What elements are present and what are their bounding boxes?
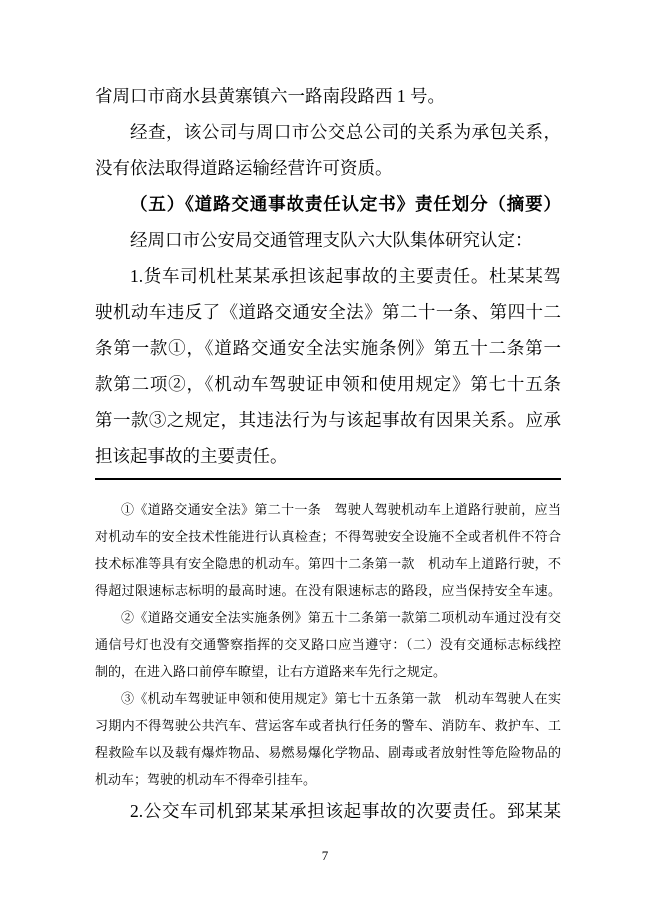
footnote-line: ②《道路交通安全法实施条例》第五十二条第一款第二项机动车通过没有交	[95, 604, 561, 631]
footnote-line: ①《道路交通安全法》第二十一条 驾驶人驾驶机动车上道路行驶前，应当	[95, 496, 561, 523]
footnote-line: 对机动车的安全技术性能进行认真检查；不得驾驶安全设施不全或者机件不符合	[95, 523, 561, 550]
text-line: 款第二项②，《机动车驾驶证申领和使用规定》第七十五条	[95, 366, 561, 402]
footnote-line: 习期内不得驾驶公共汽车、营运客车或者执行任务的警车、消防车、救护车、工	[95, 712, 561, 739]
footnote-line: 程救险车以及载有爆炸物品、易燃易爆化学物品、剧毒或者放射性等危险物品的	[95, 739, 561, 766]
text-line: 担该起事故的主要责任。	[95, 438, 561, 474]
text-line: 经周口市公安局交通管理支队六大队集体研究认定：	[95, 222, 561, 258]
text-line: 条第一款①，《道路交通安全法实施条例》第五十二条第一	[95, 330, 561, 366]
text-line: 没有依法取得道路运输经营许可资质。	[95, 150, 561, 186]
document-content: 省周口市商水县黄寨镇六一路南段路西 1 号。经查，该公司与周口市公交总公司的关系…	[95, 78, 561, 829]
text-line: 省周口市商水县黄寨镇六一路南段路西 1 号。	[95, 78, 561, 114]
document-page: 省周口市商水县黄寨镇六一路南段路西 1 号。经查，该公司与周口市公交总公司的关系…	[0, 0, 650, 919]
text-line: 1.货车司机杜某某承担该起事故的主要责任。杜某某驾	[95, 258, 561, 294]
footnote-separator	[95, 478, 561, 480]
footnote-line: ③《机动车驾驶证申领和使用规定》第七十五条第一款 机动车驾驶人在实	[95, 685, 561, 712]
text-line: 经查，该公司与周口市公交总公司的关系为承包关系，	[95, 114, 561, 150]
footnote-line: 机动车；驾驶的机动车不得牵引挂车。	[95, 766, 561, 793]
footnote-line: 技术标准等具有安全隐患的机动车。第四十二条第一款 机动车上道路行驶，不	[95, 550, 561, 577]
footnote-line: 制的，在进入路口前停车瞭望，让右方道路来车先行之规定。	[95, 658, 561, 685]
footnote-line: 通信号灯也没有交通警察指挥的交叉路口应当遵守：（二）没有交通标志标线控	[95, 631, 561, 658]
footnote-line: 得超过限速标志标明的最高时速。在没有限速标志的路段，应当保持安全车速。	[95, 577, 561, 604]
text-line: 驶机动车违反了《道路交通安全法》第二十一条、第四十二	[95, 294, 561, 330]
text-line: 2.公交车司机郅某某承担该起事故的次要责任。郅某某	[95, 793, 561, 829]
text-line: 第一款③之规定，其违法行为与该起事故有因果关系。应承	[95, 402, 561, 438]
page-number: 7	[0, 846, 650, 866]
section-heading: （五）《道路交通事故责任认定书》责任划分（摘要）	[95, 186, 561, 222]
